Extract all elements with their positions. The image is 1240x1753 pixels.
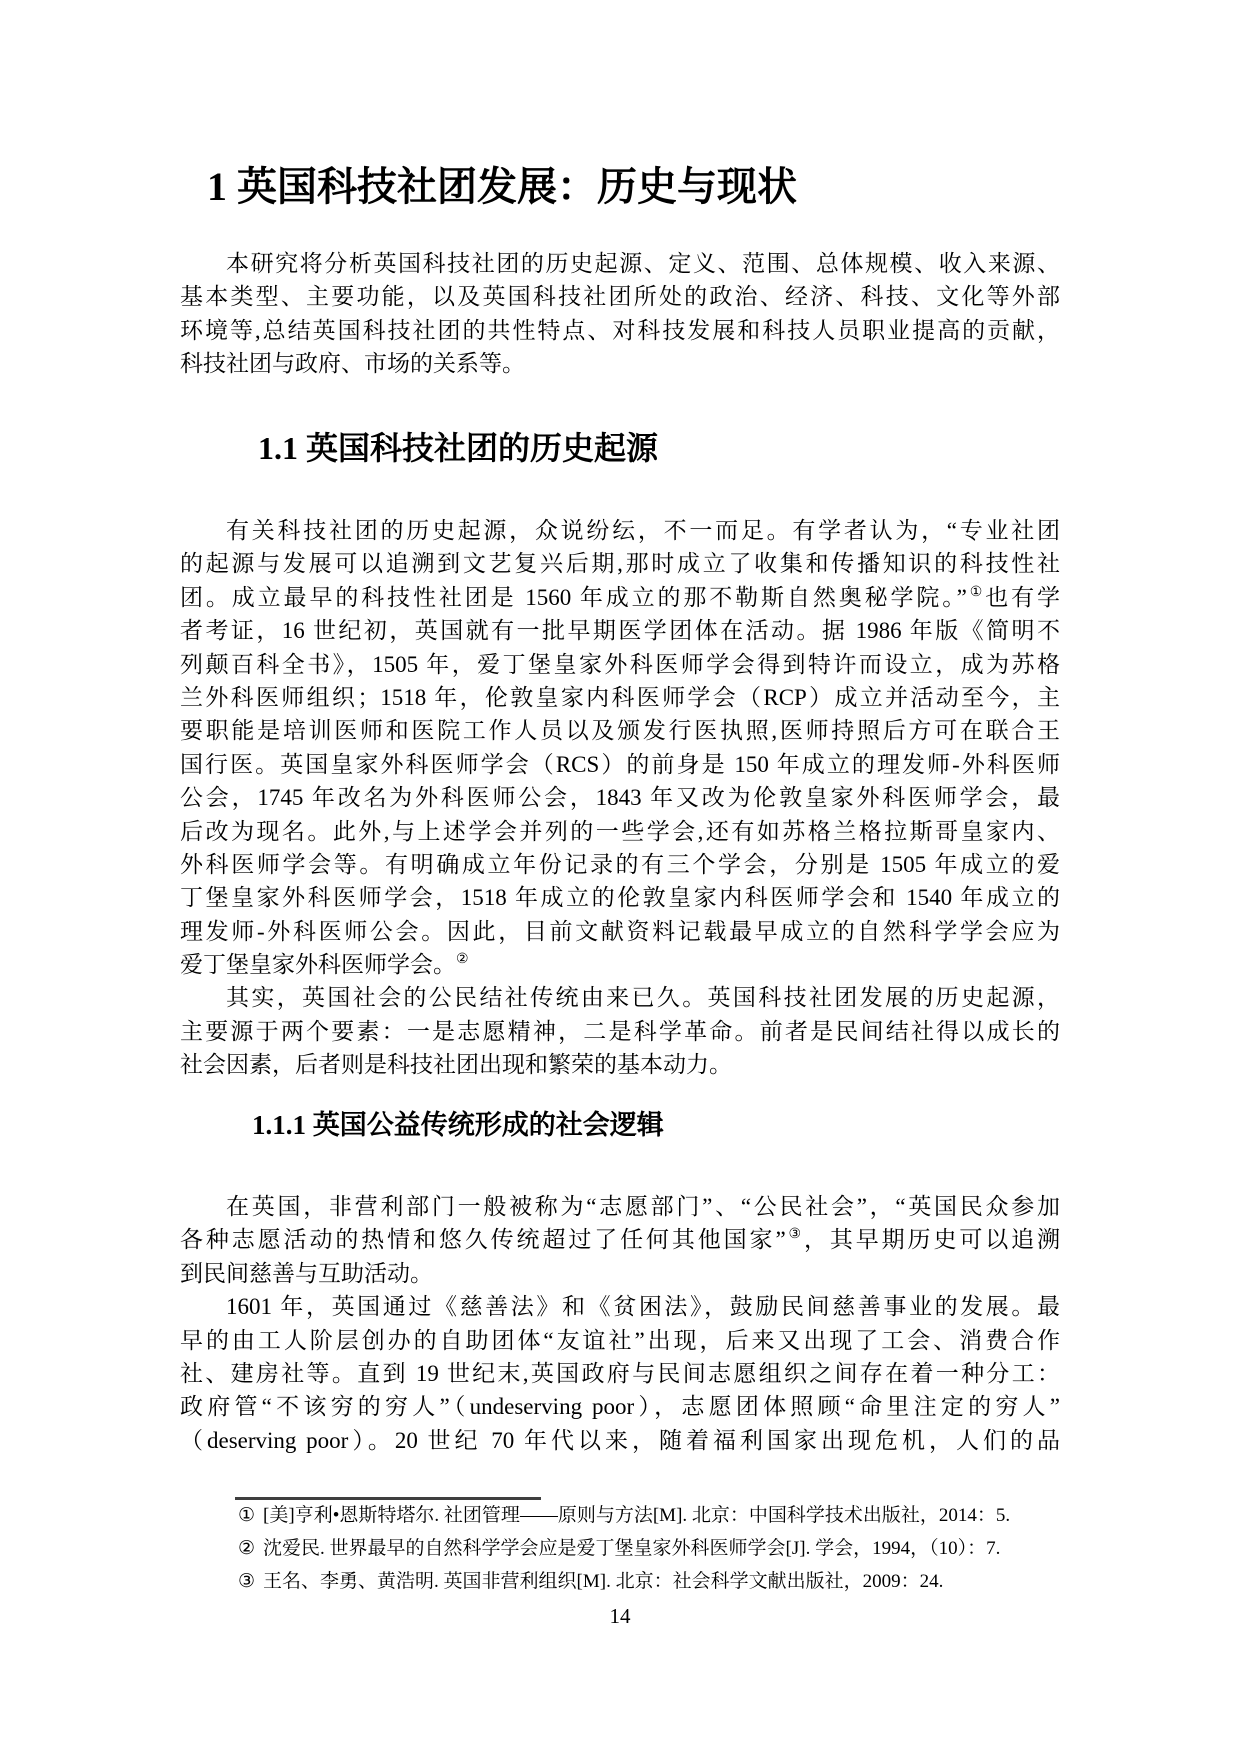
text-segment: ，其早期历史可以追溯 <box>804 1227 1060 1252</box>
body-line: 社、建房社等。直到 19 世纪末,英国政府与民间志愿组织之间存在着一种分工： <box>180 1357 1060 1390</box>
paragraph-intro: 本研究将分析英国科技社团的历史起源、定义、范围、总体规模、收入来源、 基本类型、… <box>180 247 1060 381</box>
footnote-text: [美]亨利•恩斯特塔尔. 社团管理——原则与方法[M]. 北京：中国科学技术出版… <box>263 1505 1010 1526</box>
body-line: 科技社团与政府、市场的关系等。 <box>180 347 1060 380</box>
body-line: 爱丁堡皇家外科医师学会。② <box>180 948 1060 981</box>
body-line: 1601 年，英国通过《慈善法》和《贫困法》，鼓励民间慈善事业的发展。最 <box>180 1290 1060 1323</box>
body-line: 主要源于两个要素：一是志愿精神，二是科学革命。前者是民间结社得以成长的 <box>180 1015 1060 1048</box>
body-line: 团。成立最早的科技性社团是 1560 年成立的那不勒斯自然奥秘学院。”①也有学 <box>180 581 1060 614</box>
body-line: 列颠百科全书》，1505 年，爱丁堡皇家外科医师学会得到特许而设立，成为苏格 <box>180 648 1060 681</box>
footnote-ref-2: ② <box>456 952 469 967</box>
body-line: 国行医。英国皇家外科医师学会（RCS）的前身是 150 年成立的理发师-外科医师 <box>180 748 1060 781</box>
footnote-item: ③王名、李勇、黄浩明. 英国非营利组织[M]. 北京：社会科学文献出版社，200… <box>238 1565 1060 1598</box>
text-segment: 爱丁堡皇家外科医师学会。 <box>180 952 456 977</box>
footnote-ref-3: ③ <box>786 1227 804 1242</box>
footnote-ref-1: ① <box>967 585 985 600</box>
body-line: 到民间慈善与互助活动。 <box>180 1257 1060 1290</box>
body-line: 社会因素，后者则是科技社团出现和繁荣的基本动力。 <box>180 1048 1060 1081</box>
footnotes-block: ①[美]亨利•恩斯特塔尔. 社团管理——原则与方法[M]. 北京：中国科学技术出… <box>238 1499 1060 1598</box>
body-line: 其实，英国社会的公民结社传统由来已久。英国科技社团发展的历史起源， <box>180 981 1060 1014</box>
body-line: 后改为现名。此外,与上述学会并列的一些学会,还有如苏格兰格拉斯哥皇家内、 <box>180 815 1060 848</box>
body-line: 有关科技社团的历史起源，众说纷纭，不一而足。有学者认为，“专业社团 <box>180 514 1060 547</box>
body-line: 理发师-外科医师公会。因此，目前文献资料记载最早成立的自然科学学会应为 <box>180 915 1060 948</box>
body-line: 各种志愿活动的热情和悠久传统超过了任何其他国家”③，其早期历史可以追溯 <box>180 1223 1060 1256</box>
footnote-item: ①[美]亨利•恩斯特塔尔. 社团管理——原则与方法[M]. 北京：中国科学技术出… <box>238 1499 1060 1532</box>
document-page: 1 英国科技社团发展：历史与现状 本研究将分析英国科技社团的历史起源、定义、范围… <box>0 0 1240 1753</box>
body-line: 在英国，非营利部门一般被称为“志愿部门”、“公民社会”，“英国民众参加 <box>180 1190 1060 1223</box>
body-line: 早的由工人阶层创办的自助团体“友谊社”出现，后来又出现了工会、消费合作 <box>180 1324 1060 1357</box>
chapter-title: 1 英国科技社团发展：历史与现状 <box>207 163 797 211</box>
body-line: 外科医师学会等。有明确成立年份记录的有三个学会，分别是 1505 年成立的爱 <box>180 848 1060 881</box>
body-line: 者考证，16 世纪初，英国就有一批早期医学团体在活动。据 1986 年版《简明不 <box>180 614 1060 647</box>
footnote-text: 沈爱民. 世界最早的自然科学学会应是爱丁堡皇家外科医师学会[J]. 学会，199… <box>263 1538 1000 1559</box>
body-line: 公会，1745 年改名为外科医师公会，1843 年又改为伦敦皇家外科医师学会，最 <box>180 781 1060 814</box>
body-line: 本研究将分析英国科技社团的历史起源、定义、范围、总体规模、收入来源、 <box>180 247 1060 280</box>
text-segment: 也有学 <box>985 585 1060 610</box>
footnote-text: 王名、李勇、黄浩明. 英国非营利组织[M]. 北京：社会科学文献出版社，2009… <box>263 1571 943 1592</box>
body-line: 兰外科医师组织；1518 年，伦敦皇家内科医师学会（RCP）成立并活动至今，主 <box>180 681 1060 714</box>
section-heading-1-1: 1.1 英国科技社团的历史起源 <box>258 428 658 468</box>
footnote-marker: ③ <box>238 1571 255 1592</box>
paragraph-origin: 有关科技社团的历史起源，众说纷纭，不一而足。有学者认为，“专业社团 的起源与发展… <box>180 514 1060 1082</box>
body-line: 政府管“不该穷的穷人”（undeserving poor），志愿团体照顾“命里注… <box>180 1390 1060 1423</box>
body-line: 的起源与发展可以追溯到文艺复兴后期,那时成立了收集和传播知识的科技性社 <box>180 547 1060 580</box>
body-line: 要职能是培训医师和医院工作人员以及颁发行医执照,医师持照后方可在联合王 <box>180 714 1060 747</box>
text-segment: 团。成立最早的科技性社团是 1560 年成立的那不勒斯自然奥秘学院。” <box>180 585 967 610</box>
footnote-item: ②沈爱民. 世界最早的自然科学学会应是爱丁堡皇家外科医师学会[J]. 学会，19… <box>238 1532 1060 1565</box>
text-segment: 各种志愿活动的热情和悠久传统超过了任何其他国家” <box>180 1227 786 1252</box>
subsection-heading-1-1-1: 1.1.1 英国公益传统形成的社会逻辑 <box>252 1107 664 1143</box>
footnote-marker: ② <box>238 1538 255 1559</box>
body-line: 基本类型、主要功能，以及英国科技社团所处的政治、经济、科技、文化等外部 <box>180 280 1060 313</box>
body-line: 环境等,总结英国科技社团的共性特点、对科技发展和科技人员职业提高的贡献， <box>180 314 1060 347</box>
footnote-marker: ① <box>238 1505 255 1526</box>
body-line: 丁堡皇家外科医师学会，1518 年成立的伦敦皇家内科医师学会和 1540 年成立… <box>180 881 1060 914</box>
page-number: 14 <box>0 1602 1240 1630</box>
body-line: （deserving poor）。20 世纪 70 年代以来，随着福利国家出现危… <box>180 1424 1060 1457</box>
paragraph-uk-charity: 在英国，非营利部门一般被称为“志愿部门”、“公民社会”，“英国民众参加 各种志愿… <box>180 1190 1060 1457</box>
